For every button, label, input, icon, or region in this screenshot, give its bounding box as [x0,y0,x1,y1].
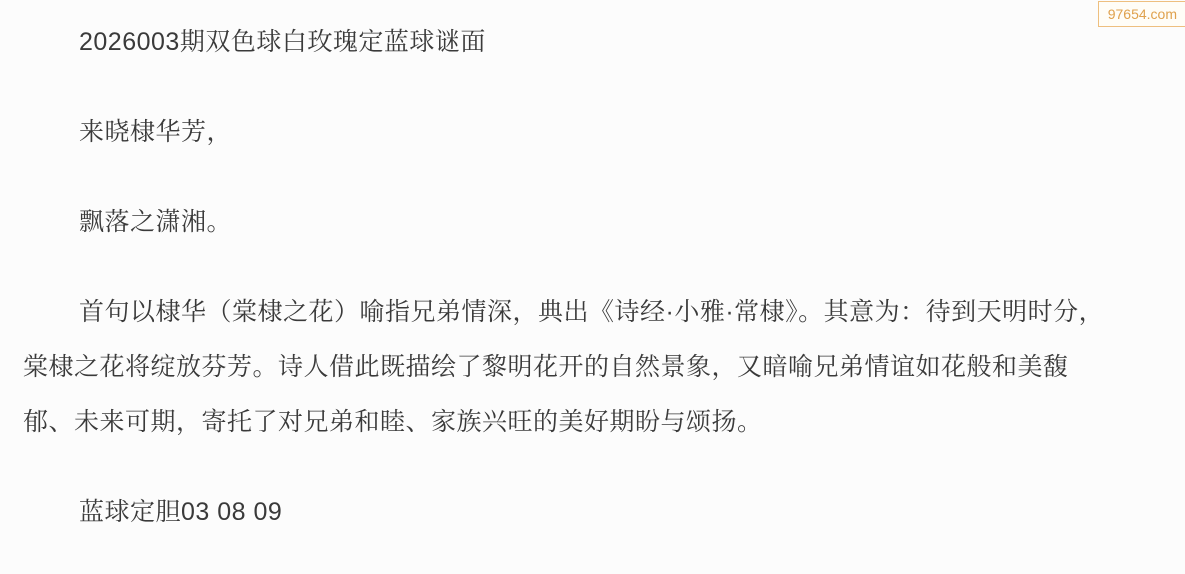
article-title: 2026003期双色球白玫瑰定蓝球谜面 [23,15,1127,70]
blue-ball-result: 蓝球定胆03 08 09 [23,485,1127,540]
article-page: 97654.com 2026003期双色球白玫瑰定蓝球谜面 来晓棣华芳， 飘落之… [0,0,1185,574]
riddle-line-1: 来晓棣华芳， [23,105,1127,160]
analysis-line-1: 首句以棣华（棠棣之花）喻指兄弟情深，典出《诗经·小雅·常棣》。其意为：待到天明时… [23,285,1127,340]
watermark-badge: 97654.com [1098,1,1185,27]
article-content: 2026003期双色球白玫瑰定蓝球谜面 来晓棣华芳， 飘落之潇湘。 首句以棣华（… [0,0,1185,540]
analysis-paragraph: 首句以棣华（棠棣之花）喻指兄弟情深，典出《诗经·小雅·常棣》。其意为：待到天明时… [23,285,1127,450]
riddle-line-2: 飘落之潇湘。 [23,195,1127,250]
watermark-text: 97654.com [1108,6,1177,22]
analysis-line-2: 棠棣之花将绽放芬芳。诗人借此既描绘了黎明花开的自然景象，又暗喻兄弟情谊如花般和美… [23,340,1127,395]
analysis-line-3: 郁、未来可期，寄托了对兄弟和睦、家族兴旺的美好期盼与颂扬。 [23,395,1127,450]
